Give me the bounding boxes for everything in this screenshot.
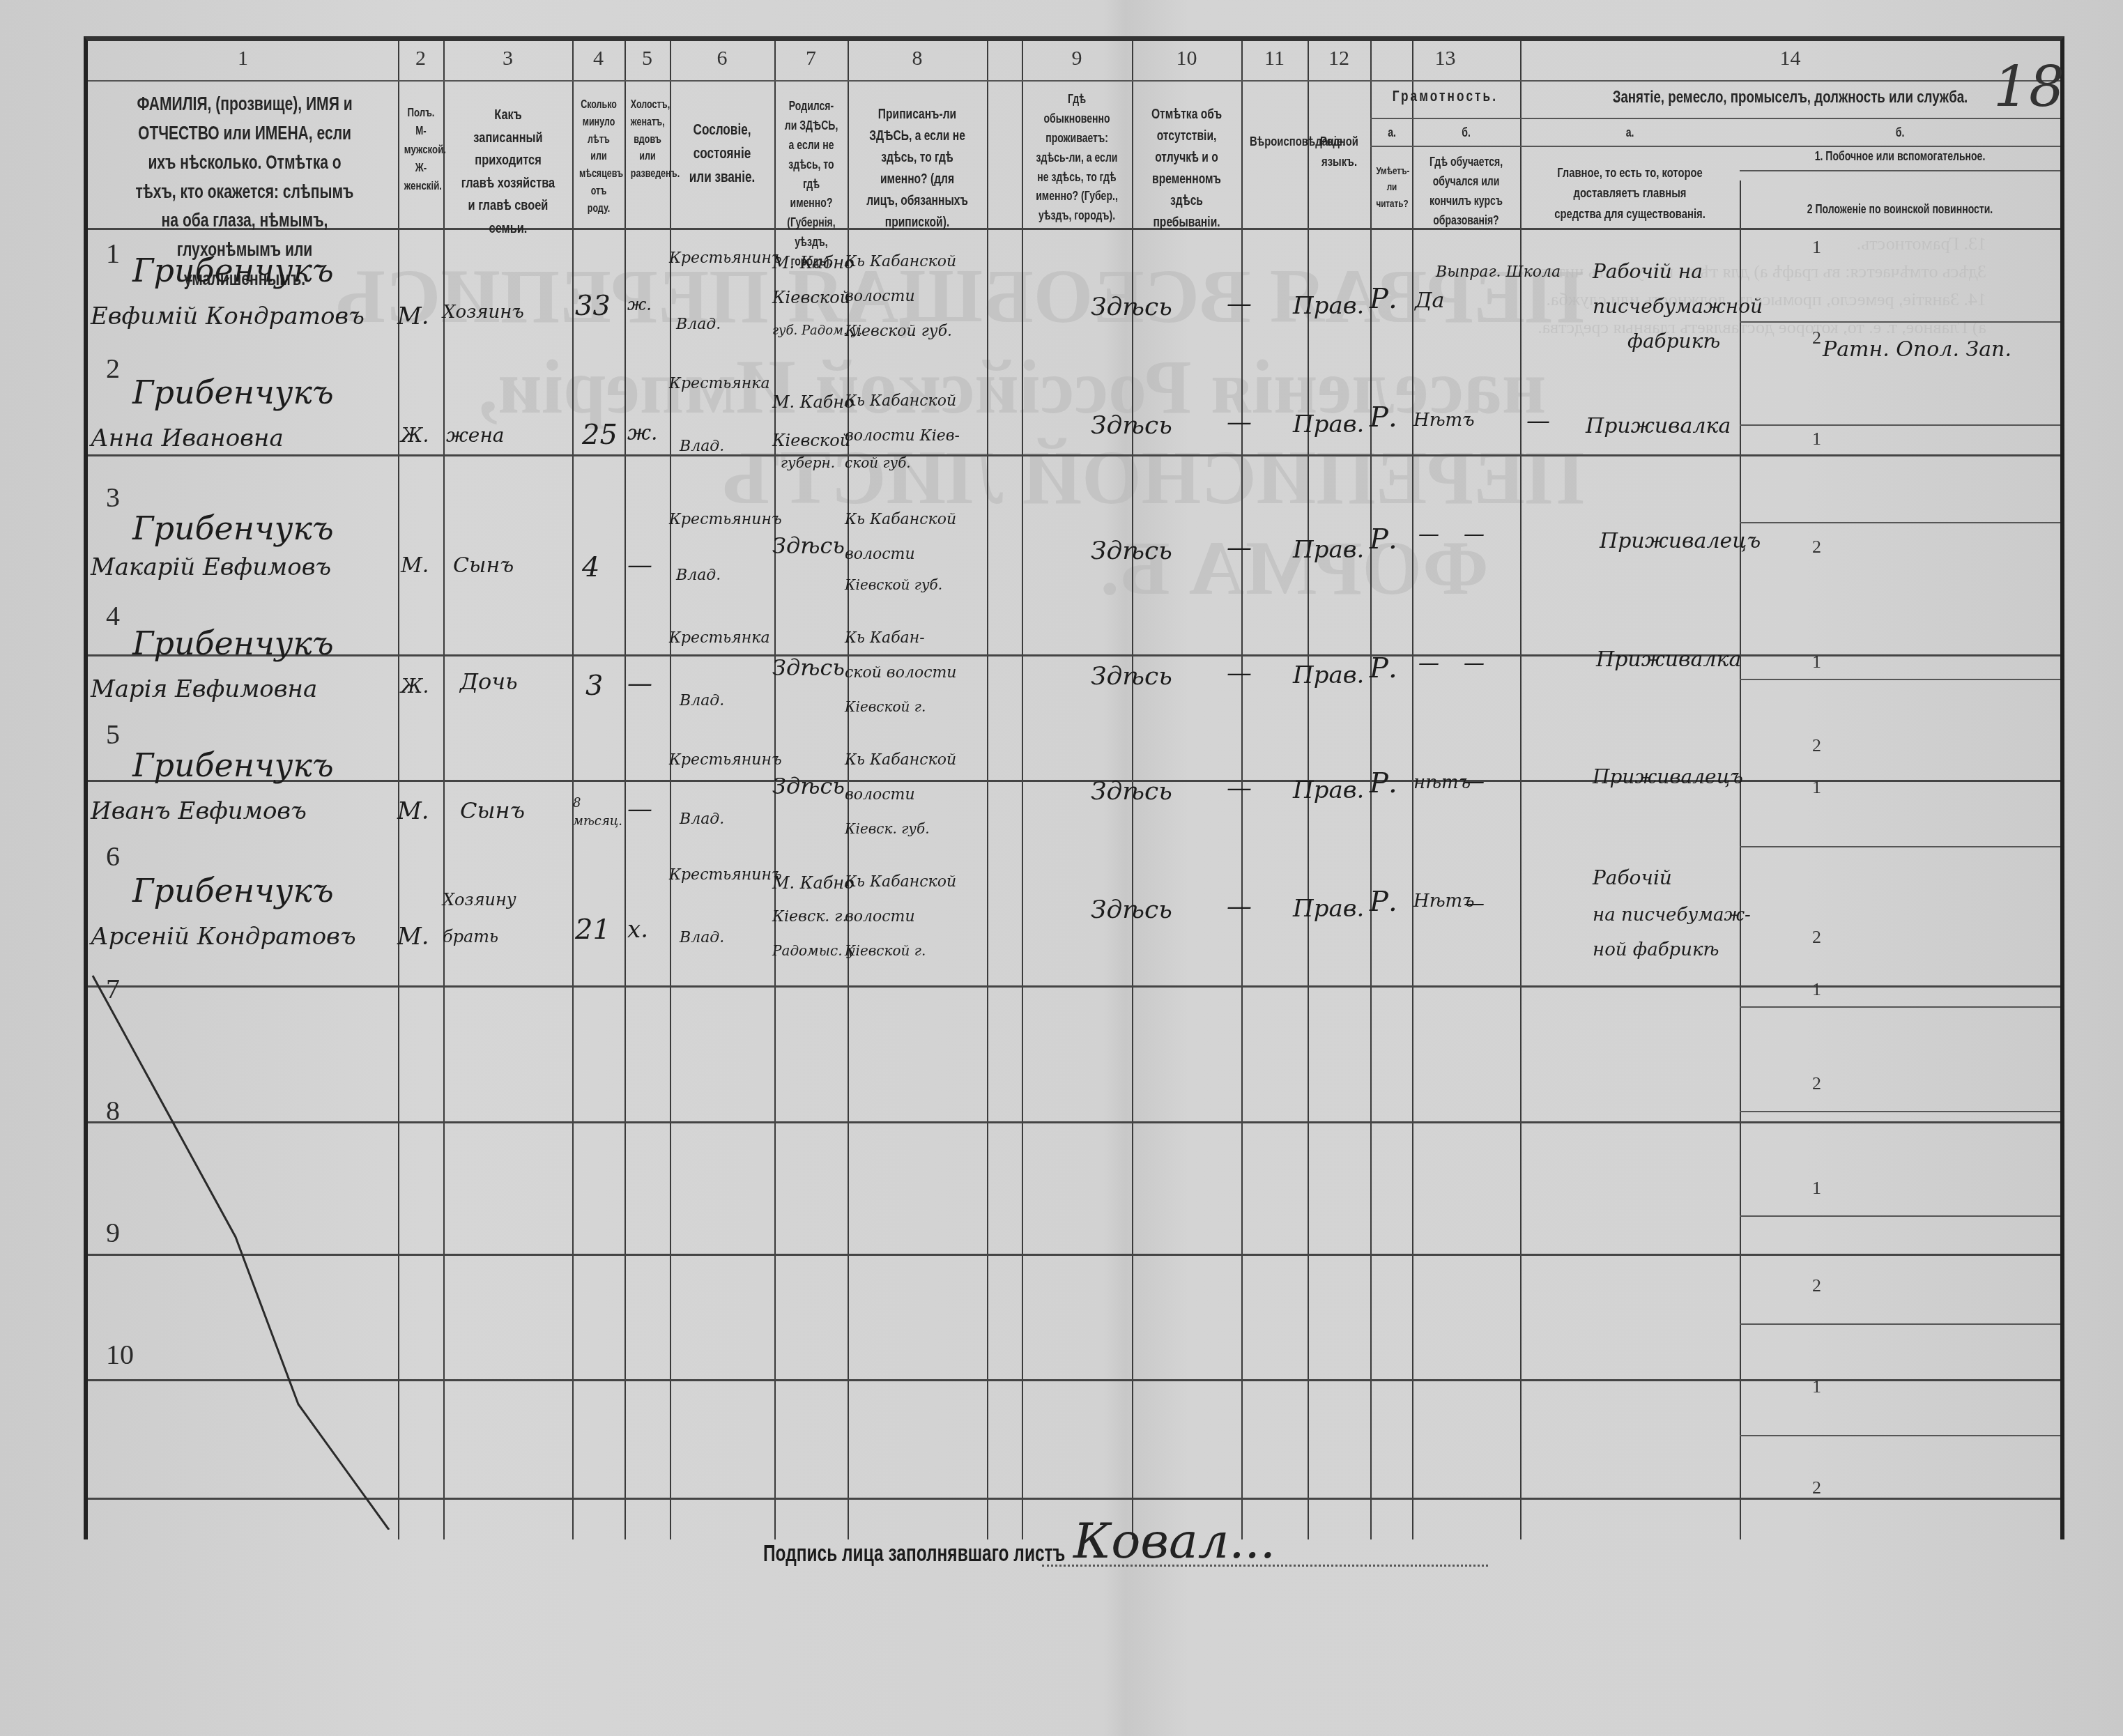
military-status: Ратн. Опол. Зап. xyxy=(1823,335,2011,365)
subrow-4-2: 2 xyxy=(1812,927,1821,948)
occupation-main-3: фабрикѣ xyxy=(1627,328,1720,356)
absence: — xyxy=(1227,655,1252,691)
birthplace: Здѣсь xyxy=(772,770,845,802)
surname: Грибенчукъ xyxy=(132,868,334,914)
col-header-5: Холостъ, женатъ, вдовъ или разведенъ. xyxy=(631,97,664,183)
col-header-14a: Главное, то есть то, которое доставляетъ… xyxy=(1551,163,1709,224)
registered-3: Кіевск. губ. xyxy=(845,819,929,839)
religion: Прав. xyxy=(1293,408,1364,442)
given-name: Анна Ивановна xyxy=(91,422,284,456)
language: Р. xyxy=(1370,648,1397,689)
surname: Грибенчукъ xyxy=(132,247,334,294)
subrow-8-2: 2 xyxy=(1812,1275,1821,1296)
strike-through-line xyxy=(89,972,424,1530)
language: Р. xyxy=(1370,763,1397,804)
col-header-13b: Гдѣ обучается, обучался или кончилъ курс… xyxy=(1425,153,1508,231)
estate-2: Влад. xyxy=(680,690,724,712)
surname: Грибенчукъ xyxy=(132,369,334,416)
estate: Крестьянинъ xyxy=(669,749,782,771)
relation: Хозяину брать xyxy=(443,882,561,955)
sex: М. xyxy=(397,920,429,954)
col-header-13: Грамотность. xyxy=(1388,84,1503,108)
signature-label: Подпись лица заполнявшаго листъ xyxy=(763,1540,1065,1567)
col-header-7: Родился-ли ЗДѢСЬ, а если не здѣсь, то гд… xyxy=(783,97,839,272)
registered-2: волости xyxy=(845,544,915,566)
residence: Здѣсь xyxy=(1091,533,1172,569)
relation: Сынъ xyxy=(460,794,525,827)
col-num-12: 12 xyxy=(1308,47,1370,70)
occupation-main: Приживалка xyxy=(1586,411,1731,442)
registered: Кь Кабанской xyxy=(845,390,956,413)
col-header-14a-label: а. xyxy=(1545,123,1715,143)
surname: Грибенчукъ xyxy=(132,620,334,667)
subrow-2-2: 2 xyxy=(1812,537,1821,558)
registered: Кь Кабанской xyxy=(845,871,956,893)
col-header-14b-label: б. xyxy=(1776,123,2024,143)
col-header-4: Сколько минуло лѣтъ или мѣсяцевъ отъ род… xyxy=(579,97,618,218)
religion: Прав. xyxy=(1293,659,1364,693)
given-name: Марія Евфимовна xyxy=(91,673,317,707)
sex: М. xyxy=(401,551,429,581)
subrow-2-1: 1 xyxy=(1812,429,1821,450)
row-number: 2 xyxy=(106,352,120,385)
sex: Ж. xyxy=(401,673,429,701)
estate: Крестьянинъ xyxy=(669,247,782,270)
col-header-11: Вѣроисповѣданіе. xyxy=(1250,132,1300,152)
subrow-3-2: 2 xyxy=(1812,735,1821,756)
occupation-main: Приживалецъ xyxy=(1600,526,1761,557)
given-name: Иванъ Евфимовъ xyxy=(91,794,307,829)
subrow-3-1: 1 xyxy=(1812,652,1821,673)
marital: ж. xyxy=(627,293,652,317)
subrow-1-1: 1 xyxy=(1812,237,1821,258)
registered-2: волости Кіев- xyxy=(845,425,960,447)
col-header-12: Родной языкъ. xyxy=(1316,132,1363,173)
registered-3: Кіевской губ. xyxy=(845,575,942,595)
residence: Здѣсь xyxy=(1091,892,1172,928)
col-num-5: 5 xyxy=(624,47,670,70)
col-header-9: Гдѣ обыкновенно проживаетъ: здѣсь-ли, а … xyxy=(1035,90,1119,226)
absence: — xyxy=(1227,530,1252,566)
col-header-3: Какъ записанный приходится главѣ хозяйст… xyxy=(459,104,558,240)
estate: Крестьянинъ xyxy=(669,864,782,886)
surname: Грибенчукъ xyxy=(132,505,334,552)
birthplace: М. Кабно xyxy=(772,251,854,275)
col-header-14b-1: 1. Побочное или вспомогательное. xyxy=(1776,147,2024,167)
religion: Прав. xyxy=(1293,892,1364,926)
marital: ж. xyxy=(627,418,658,449)
occupation-main: Рабочій xyxy=(1593,864,1672,893)
subrow-1-2: 2 xyxy=(1812,328,1821,348)
registered-3: ской губ. xyxy=(845,453,911,473)
registered: Кь Кабанской xyxy=(845,251,956,273)
col-num-8: 8 xyxy=(848,47,987,70)
registered-2: волости xyxy=(845,286,915,308)
col-header-6: Сословіе, состояніе или званіе. xyxy=(682,118,762,189)
residence: Здѣсь xyxy=(1091,659,1172,695)
education: — xyxy=(1464,648,1485,679)
estate-2: Влад. xyxy=(676,564,721,587)
residence: Здѣсь xyxy=(1091,774,1172,810)
education: — xyxy=(1464,519,1485,550)
birthplace-2: Кіевской xyxy=(772,286,850,310)
birthplace-2: Кіевск. г. xyxy=(772,906,847,928)
col-num-10: 10 xyxy=(1132,47,1241,70)
birthplace-3: губерн. xyxy=(781,453,835,473)
birthplace: М. Кабно xyxy=(772,871,854,896)
occupation-main-2: писчебумажной xyxy=(1593,293,1763,321)
estate-2: Влад. xyxy=(680,808,724,831)
subrow-7-2: 2 xyxy=(1812,1073,1821,1094)
age: 8 мѣсяц. xyxy=(573,794,615,831)
estate: Крестьянка xyxy=(669,373,770,395)
sex: М. xyxy=(397,300,429,334)
sex: М. xyxy=(397,794,429,829)
col-header-8: Приписанъ-ли ЗДѢСЬ, а если не здѣсь, то … xyxy=(864,104,971,233)
col-header-14b-2: 2 Положеніе по воинской повинности. xyxy=(1776,200,2024,220)
col-num-2: 2 xyxy=(398,47,443,70)
absence: — xyxy=(1227,404,1252,440)
language: Р. xyxy=(1370,397,1397,438)
subrow-8-1: 1 xyxy=(1812,1178,1821,1199)
col-header-13b-label: б. xyxy=(1425,123,1508,143)
registered-2: волости xyxy=(845,784,915,806)
registered-2: ской волости xyxy=(845,662,957,684)
page-number: 18 xyxy=(1993,54,2064,119)
occupation-main: Приживалецъ xyxy=(1593,763,1743,792)
literacy: — xyxy=(1418,519,1439,550)
estate-2: Влад. xyxy=(680,436,724,458)
education: — xyxy=(1464,767,1485,797)
subrow-7-1: 1 xyxy=(1812,979,1821,1000)
estate: Крестьянинъ xyxy=(669,509,782,531)
relation: Хозяинъ xyxy=(443,300,524,326)
col-header-10: Отмѣтка объ отсутствіи, отлучкѣ и о врем… xyxy=(1145,104,1228,233)
occupation-main: Приживалка xyxy=(1596,645,1741,675)
surname: Грибенчукъ xyxy=(132,742,334,789)
given-name: Евфимій Кондратовъ xyxy=(91,300,365,334)
marital: — xyxy=(627,666,652,702)
age: 3 xyxy=(585,666,603,706)
birthplace: Здѣсь xyxy=(772,530,845,562)
age: 21 xyxy=(575,909,611,950)
literacy: Нѣтъ xyxy=(1413,408,1475,434)
registered-3: Кіевской г. xyxy=(845,697,926,717)
col-header-13a-label: а. xyxy=(1376,123,1407,143)
literacy: нѣтъ xyxy=(1413,770,1471,797)
row-number: 1 xyxy=(106,237,120,270)
col-num-11: 11 xyxy=(1241,47,1308,70)
subrow-4-1: 1 xyxy=(1812,777,1821,798)
relation: Сынъ xyxy=(453,551,514,581)
literacy: — xyxy=(1418,648,1439,679)
marital: — xyxy=(627,791,652,827)
age: 4 xyxy=(582,547,599,587)
absence: — xyxy=(1227,770,1252,806)
education: — xyxy=(1526,404,1550,438)
absence: — xyxy=(1227,889,1252,925)
given-name: Макарій Евфимовъ xyxy=(91,551,331,585)
occupation-main: Рабочій на xyxy=(1593,258,1703,286)
residence: Здѣсь xyxy=(1091,408,1172,444)
religion: Прав. xyxy=(1293,774,1364,808)
birthplace: М. Кабно xyxy=(772,390,854,415)
estate-2: Влад. xyxy=(680,927,724,949)
col-num-1: 1 xyxy=(88,47,398,70)
col-num-4: 4 xyxy=(572,47,624,70)
marital: — xyxy=(627,547,652,583)
registered-3: Кіевской г. xyxy=(845,941,926,961)
age: 25 xyxy=(582,415,618,455)
marital: х. xyxy=(627,913,648,947)
col-num-7: 7 xyxy=(774,47,848,70)
registered: Кь Кабан- xyxy=(845,627,925,650)
col-header-14: Занятіе, ремесло, промыселъ, должность и… xyxy=(1581,84,2000,110)
religion: Прав. xyxy=(1293,533,1364,567)
row-number: 6 xyxy=(106,840,120,873)
birthplace-2: Кіевской xyxy=(772,429,850,453)
given-name: Арсеній Кондратовъ xyxy=(91,920,356,954)
col-num-6: 6 xyxy=(670,47,774,70)
sex: Ж. xyxy=(401,422,429,450)
estate-2: Влад. xyxy=(676,314,721,336)
registered: Кь Кабанской xyxy=(845,749,956,771)
language: Р. xyxy=(1370,882,1397,922)
signature: Ковал... xyxy=(1073,1512,1275,1569)
religion: Прав. xyxy=(1293,289,1364,323)
col-num-3: 3 xyxy=(443,47,572,70)
residence: Здѣсь xyxy=(1091,289,1172,325)
col-header-2: Полъ. М-мужской. Ж-женскій. xyxy=(404,104,438,196)
subrow-9-2: 2 xyxy=(1812,1477,1821,1498)
literacy: Да xyxy=(1415,286,1444,316)
registered-2: волости xyxy=(845,906,915,928)
subrow-9-1: 1 xyxy=(1812,1376,1821,1397)
language: Р. xyxy=(1370,279,1397,319)
education: Выпраг. Школа xyxy=(1436,261,1561,284)
row-number: 3 xyxy=(106,481,120,514)
estate: Крестьянка xyxy=(669,627,770,650)
col-num-13: 13 xyxy=(1370,47,1520,70)
col-num-14: 14 xyxy=(1520,47,2060,70)
education: — xyxy=(1464,889,1485,919)
absence: — xyxy=(1227,286,1252,322)
age: 33 xyxy=(575,286,611,326)
registered-3: Кіевской губ. xyxy=(845,321,952,343)
relation: Дочь xyxy=(460,666,518,698)
col-num-9: 9 xyxy=(1022,47,1132,70)
census-sheet: ПЕРВАЯ ВСЕОБЩАЯ ПЕРЕПИСЬ населенія Россі… xyxy=(0,0,2123,1736)
birthplace: Здѣсь xyxy=(772,652,845,684)
occupation-main-2: на писчебумаж- xyxy=(1593,902,1751,929)
relation: жена xyxy=(446,422,505,450)
row-number: 5 xyxy=(106,718,120,751)
language: Р. xyxy=(1370,519,1397,560)
row-number: 4 xyxy=(106,599,120,632)
registered: Кь Кабанской xyxy=(845,509,956,531)
occupation-main-3: ной фабрикѣ xyxy=(1593,937,1719,964)
col-header-13a: Умѣетъ-ли читать? xyxy=(1376,163,1407,212)
